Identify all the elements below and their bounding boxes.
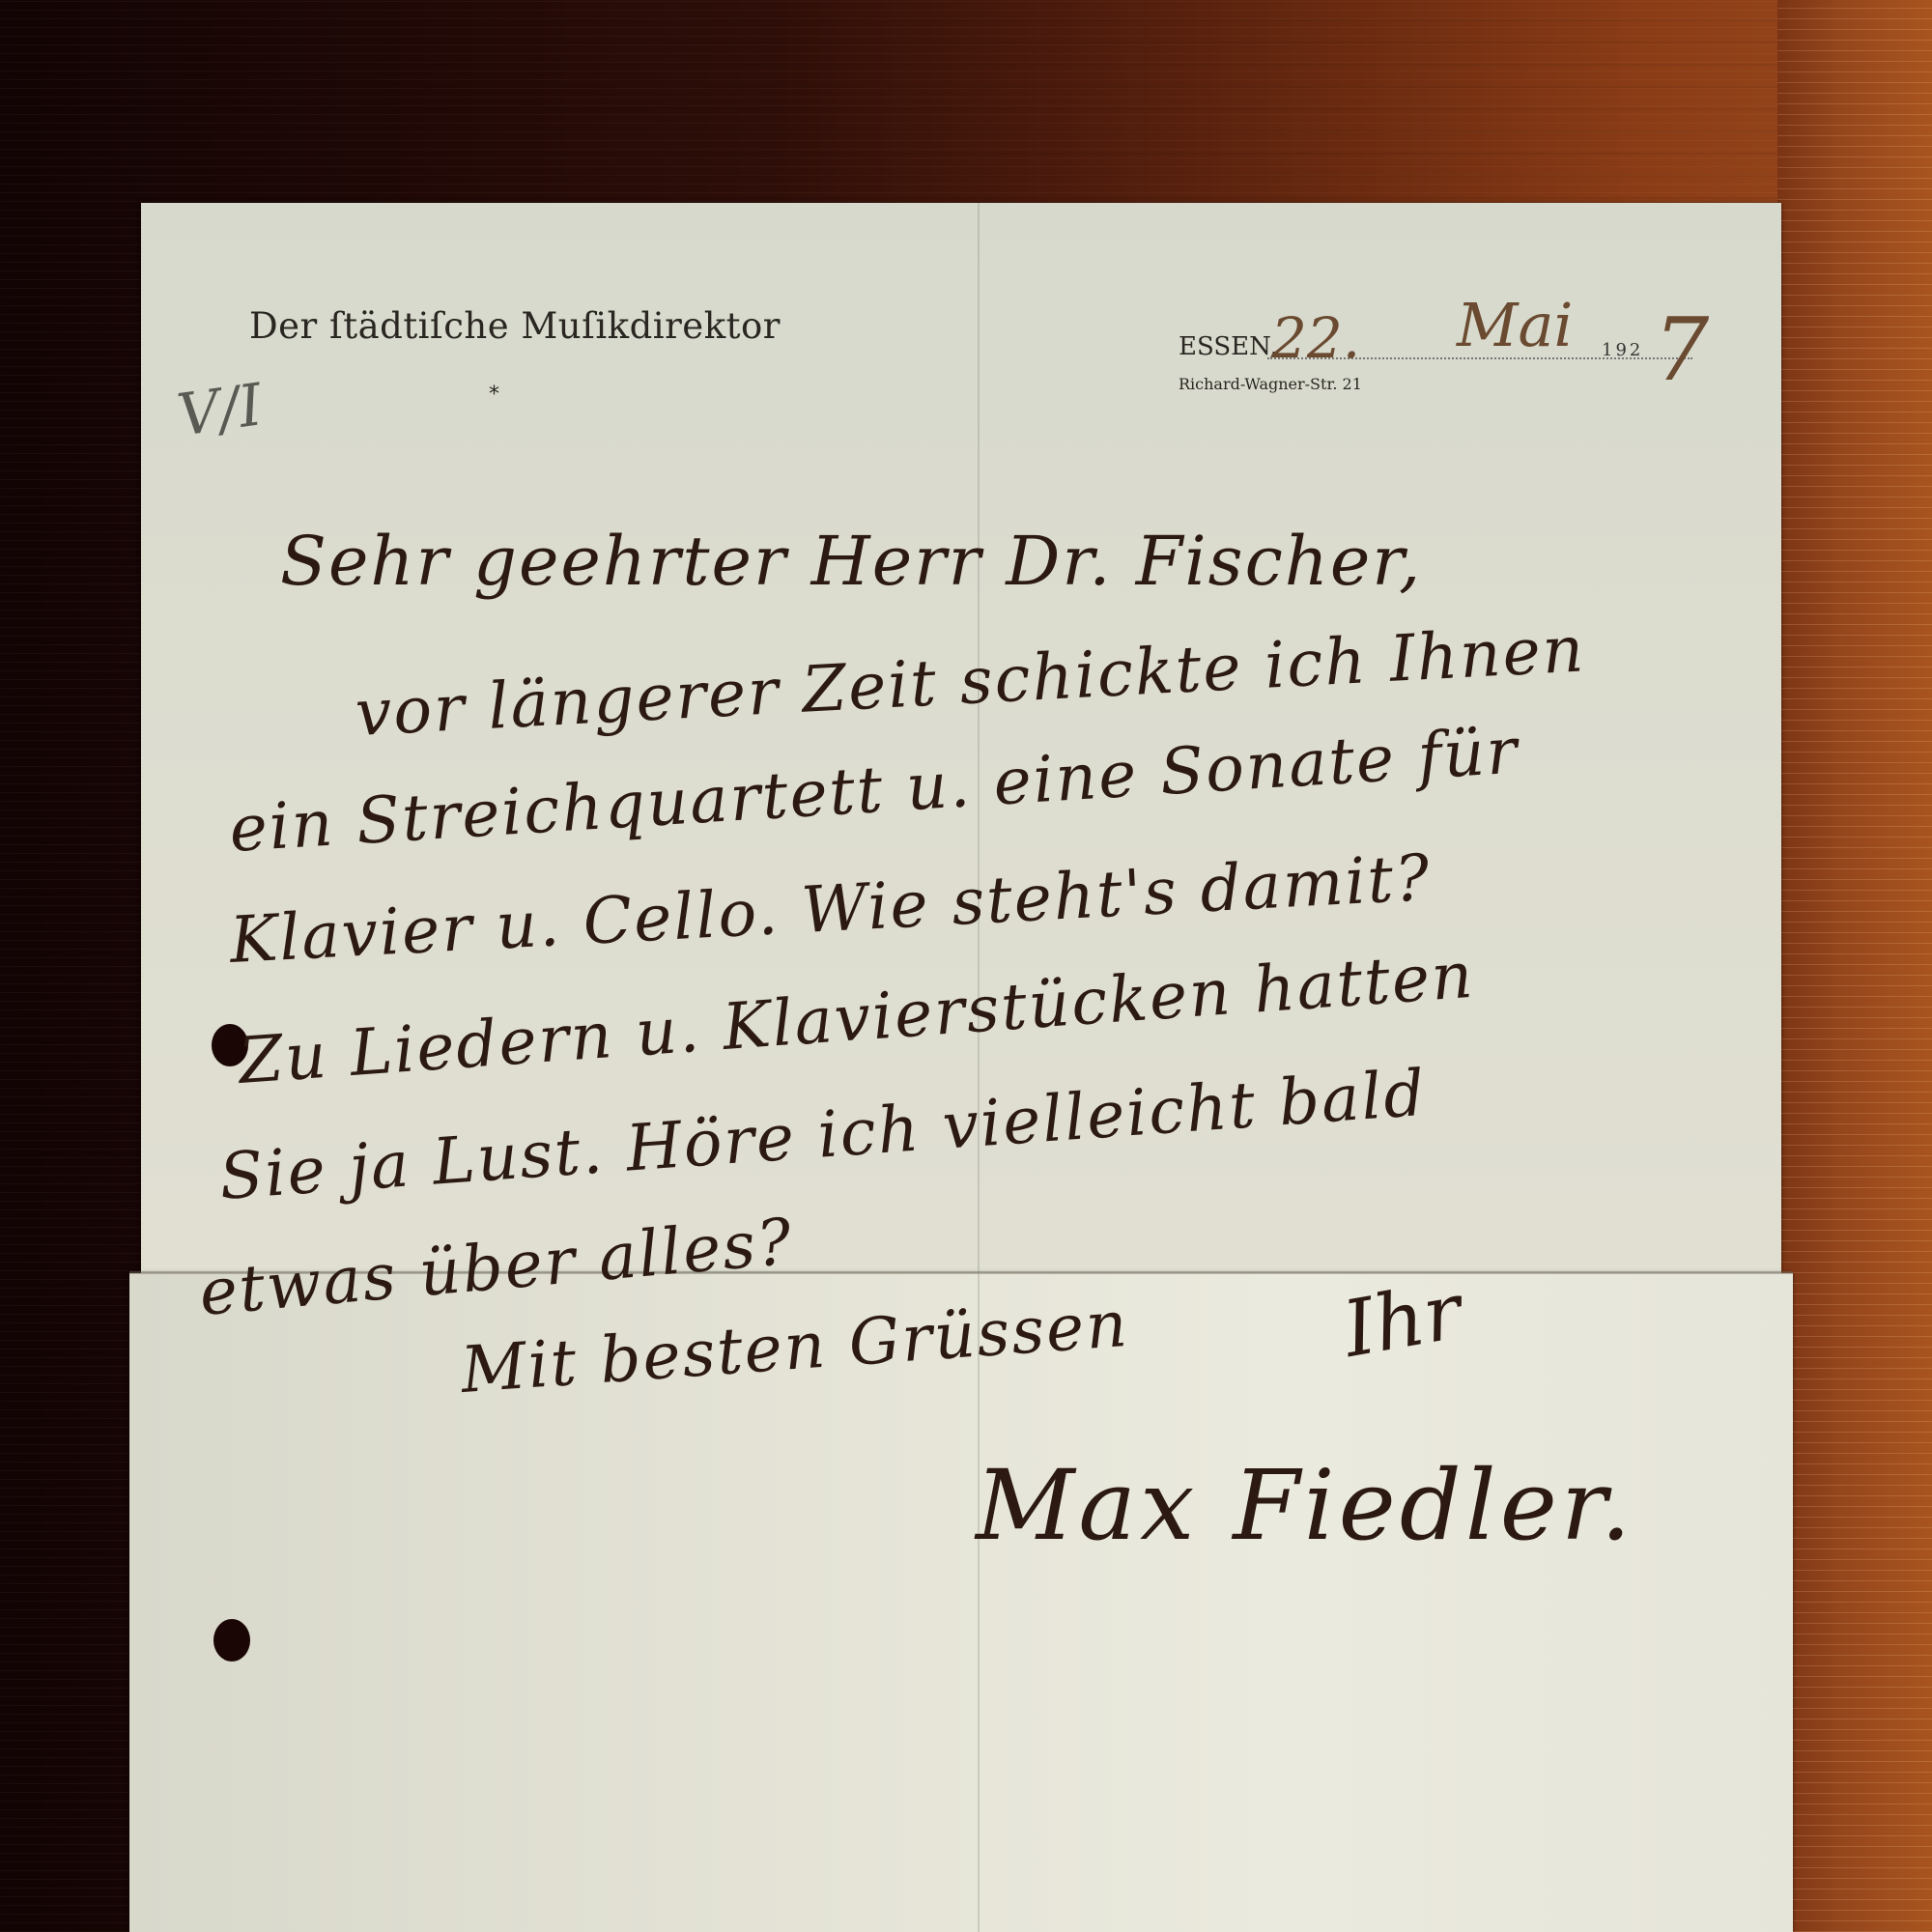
pencil-annotation: V/I	[174, 371, 267, 449]
letterhead-title: Der ſtädtiſche Muſikdirektor	[249, 305, 781, 347]
letter-salutation: Sehr geehrter Herr Dr. Fischer,	[280, 522, 1422, 601]
letterhead-year-prefix: 192	[1602, 340, 1643, 360]
vertical-fold-line	[978, 203, 980, 1932]
letterhead-ornament: *	[489, 383, 499, 407]
punch-hole-lower	[213, 1619, 250, 1662]
wooden-table-right-edge	[1777, 0, 1932, 1932]
date-month: Mai	[1457, 290, 1573, 360]
date-year-digit: 7	[1654, 299, 1709, 401]
date-day: 22.	[1271, 305, 1360, 371]
letter-signature: Max Fiedler.	[976, 1449, 1635, 1562]
letterhead-city: ESSEN,	[1179, 332, 1277, 361]
letterhead-street: Richard-Wagner-Str. 21	[1179, 375, 1362, 393]
